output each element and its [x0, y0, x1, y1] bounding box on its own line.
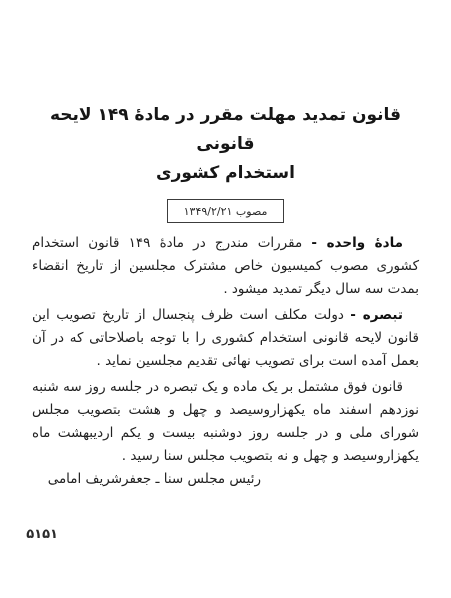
page-number: ۵۱۵۱	[26, 527, 58, 542]
paragraph-note: تبصره - دولت مکلف است ظرف پنجسال از تاری…	[32, 304, 419, 373]
paragraph-ratification: قانون فوق مشتمل بر یک ماده و یک تبصره در…	[32, 376, 419, 468]
document-title: قانون تمدید مهلت مقرر در مادهٔ ۱۴۹ لایحه…	[32, 101, 419, 188]
document-content: قانون تمدید مهلت مقرر در مادهٔ ۱۴۹ لایحه…	[0, 0, 451, 487]
document-title-line2: استخدام کشوری	[156, 163, 295, 183]
approval-stamp-container: مصوب ۱۳۴۹/۲/۲۱	[32, 199, 419, 223]
scanned-document-page: قانون تمدید مهلت مقرر در مادهٔ ۱۴۹ لایحه…	[0, 0, 451, 598]
paragraph-text: قانون فوق مشتمل بر یک ماده و یک تبصره در…	[32, 379, 419, 464]
paragraph-single-article: مادهٔ واحده - مقررات مندرج در مادهٔ ۱۴۹ …	[32, 232, 419, 301]
document-body: مادهٔ واحده - مقررات مندرج در مادهٔ ۱۴۹ …	[32, 232, 419, 468]
paragraph-lead: مادهٔ واحده -	[311, 235, 403, 251]
paragraph-lead: تبصره -	[350, 307, 403, 323]
approval-date-stamp: مصوب ۱۳۴۹/۲/۲۱	[167, 199, 285, 223]
document-title-line1: قانون تمدید مهلت مقرر در مادهٔ ۱۴۹ لایحه…	[50, 105, 401, 154]
signature-line: رئیس مجلس سنا ـ جعفرشریف امامی	[32, 471, 419, 487]
